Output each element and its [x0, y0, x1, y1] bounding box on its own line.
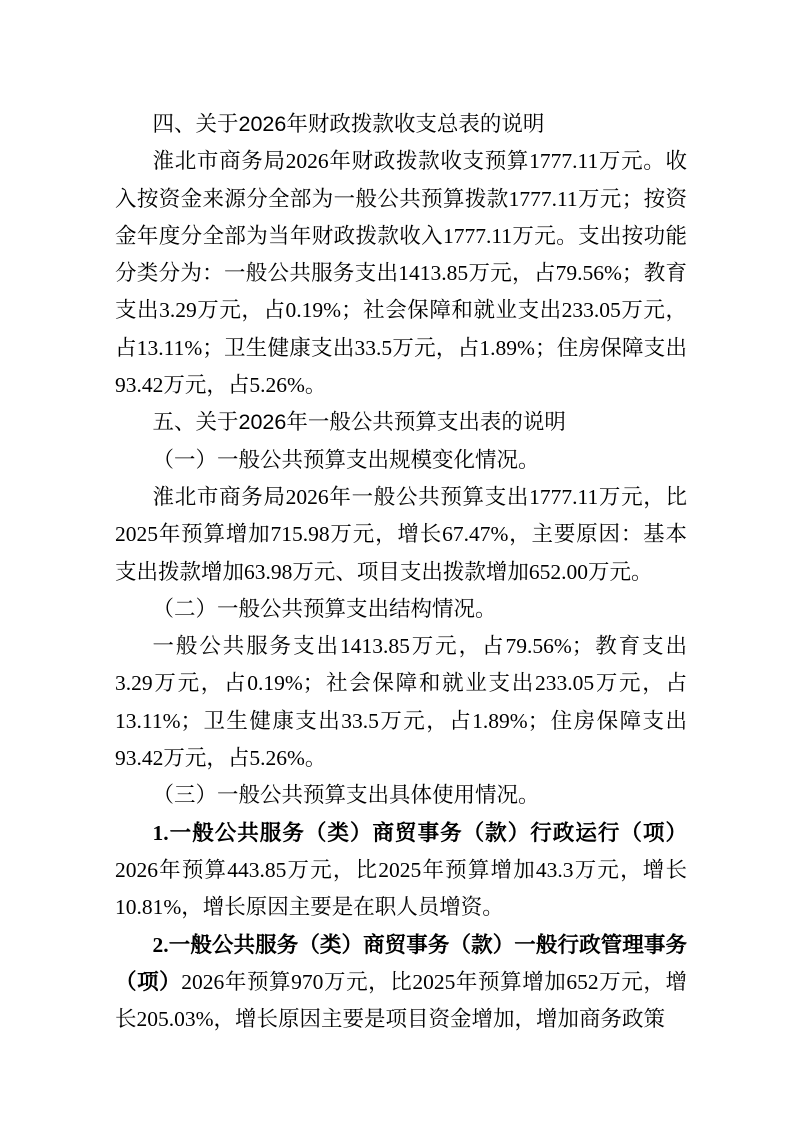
- item-1-detail: 2026年预算443.85万元，比2025年预算增加43.3万元，增长10.81…: [115, 858, 687, 919]
- paragraph-item-2-general-administrative-affairs: 2.一般公共服务（类）商贸事务（款）一般行政管理事务（项）2026年预算970万…: [115, 927, 687, 1039]
- paragraph-fiscal-appropriation-summary: 淮北市商务局2026年财政拨款收支预算1777.11万元。收入按资金来源分全部为…: [115, 143, 687, 404]
- item-1-title: 1.一般公共服务（类）商贸事务（款）行政运行（项）: [153, 821, 688, 845]
- section-heading-general-public-budget-expenditure: 五、关于2026年一般公共预算支出表的说明: [115, 404, 687, 441]
- document-page: 四、关于2026年财政拨款收支总表的说明 淮北市商务局2026年财政拨款收支预算…: [0, 0, 793, 1122]
- paragraph-expenditure-structure: 一般公共服务支出1413.85万元，占79.56%；教育支出3.29万元，占0.…: [115, 628, 687, 777]
- section-heading-fiscal-appropriation-summary: 四、关于2026年财政拨款收支总表的说明: [115, 106, 687, 143]
- paragraph-expenditure-scale-change: 淮北市商务局2026年一般公共预算支出1777.11万元，比2025年预算增加7…: [115, 479, 687, 591]
- subheading-expenditure-scale-change: （一）一般公共预算支出规模变化情况。: [115, 442, 687, 479]
- subheading-expenditure-specific-usage: （三）一般公共预算支出具体使用情况。: [115, 777, 687, 814]
- item-2-detail: 2026年预算970万元，比2025年预算增加652万元，增长205.03%，增…: [115, 970, 687, 1031]
- subheading-expenditure-structure: （二）一般公共预算支出结构情况。: [115, 591, 687, 628]
- paragraph-item-1-administrative-operation: 1.一般公共服务（类）商贸事务（款）行政运行（项）2026年预算443.85万元…: [115, 815, 687, 927]
